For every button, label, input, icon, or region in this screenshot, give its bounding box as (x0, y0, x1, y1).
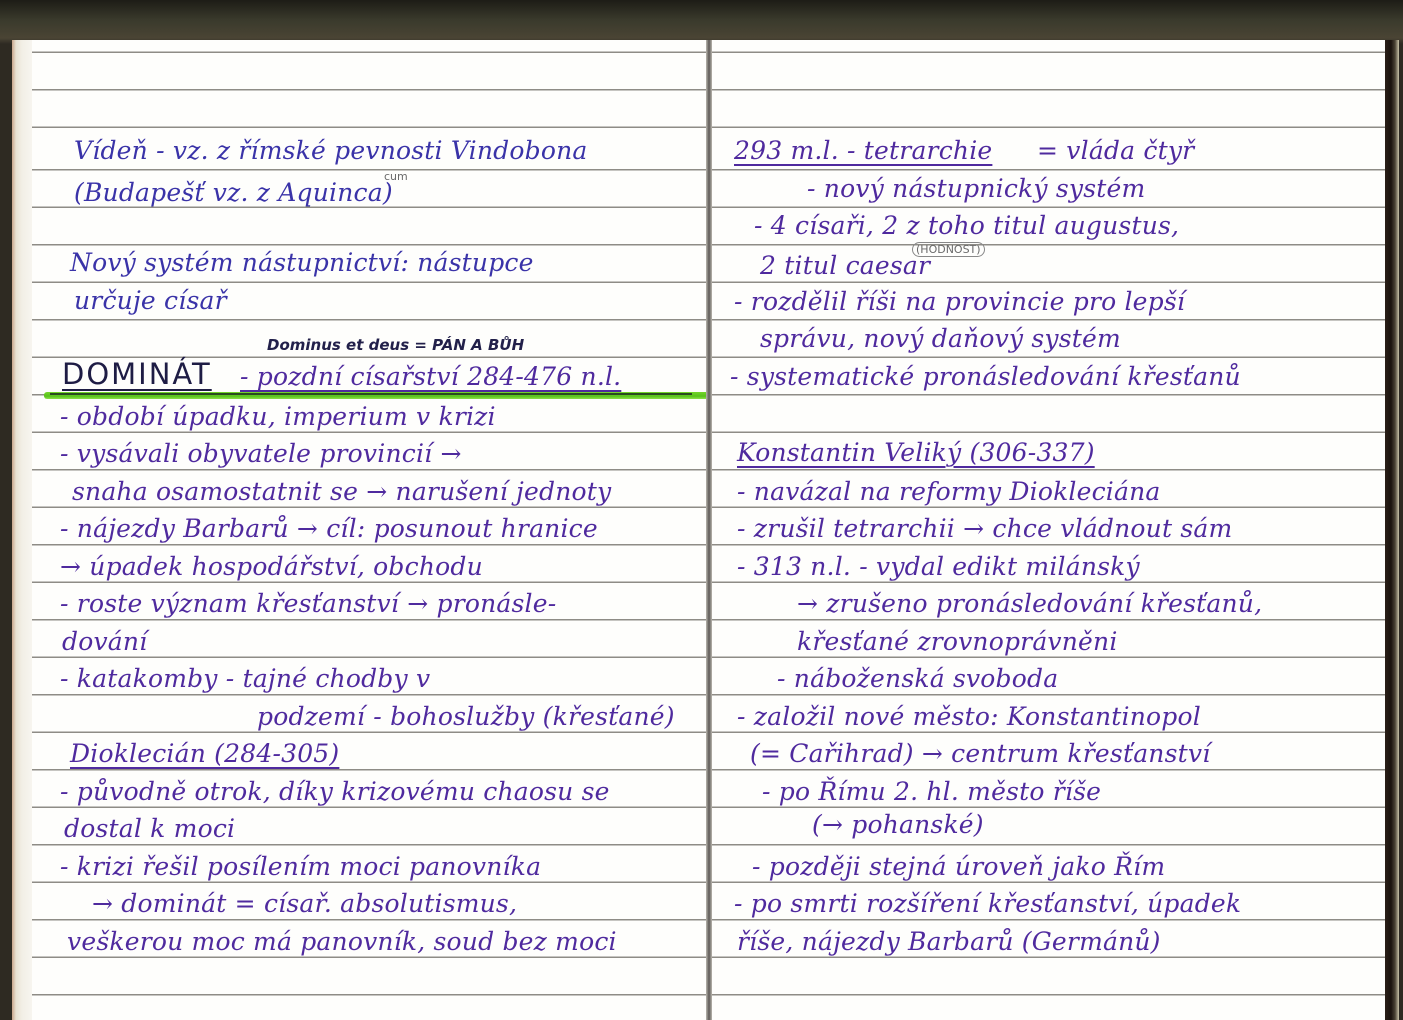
note-line: - 4 císaři, 2 z toho titul augustus, (754, 213, 1179, 238)
note-line: - po Římu 2. hl. město říše (762, 779, 1101, 804)
note-line: říše, nájezdy Barbarů (Germánů) (737, 929, 1161, 954)
note-line: - po smrti rozšíření křesťanství, úpadek (734, 891, 1241, 916)
note-line: - později stejná úroveň jako Řím (752, 854, 1165, 879)
note-line: - nájezdy Barbarů → cíl: posunout hranic… (60, 516, 598, 541)
annotation-dominus-et-deus: Dominus et deus = PÁN A BŮH (267, 336, 524, 354)
note-line: křesťané zrovnoprávněni (797, 629, 1118, 654)
note-line: - nový nástupnický systém (807, 176, 1145, 201)
note-line: - vysávali obyvatele provincií → (60, 441, 462, 466)
note-line: Nový systém nástupnictví: nástupce (70, 250, 534, 275)
page-stack-edge (12, 40, 32, 1020)
note-line: - rozdělil říši na provincie pro lepší (734, 289, 1185, 314)
note-line: → zrušeno pronásledování křesťanů, (797, 591, 1262, 616)
note-line: - navázal na reformy Diokleciána (737, 479, 1161, 504)
note-line: dování (62, 629, 147, 654)
note-line: veškerou moc má panovník, soud bez moci (67, 929, 617, 954)
note-line: → úpadek hospodářství, obchodu (60, 554, 483, 579)
note-line: - náboženská svoboda (777, 666, 1058, 691)
note-line: (→ pohanské) (812, 812, 984, 837)
note-line: - zrušil tetrarchii → chce vládnout sám (737, 516, 1232, 541)
left-page: Vídeň - vz. z římské pevnosti Vindobona … (12, 40, 708, 1020)
green-highlighter-stroke (44, 392, 712, 399)
note-line: - roste význam křesťanství → pronásle- (60, 591, 556, 616)
cover-edge (1385, 40, 1399, 1020)
heading-dioklecian: Dioklecián (284-305) (70, 741, 339, 766)
note-line: - založil nové město: Konstantinopol (737, 704, 1201, 729)
note-line: (Budapešť vz. z Aquinca) (74, 180, 393, 205)
note-line: dostal k moci (64, 816, 235, 841)
note-line: podzemí - bohoslužby (křesťané) (257, 704, 675, 729)
note-line: (= Cařihrad) → centrum křesťanství (750, 741, 1210, 766)
note-line: snaha osamostatnit se → narušení jednoty (72, 479, 611, 504)
note-line: určuje císař (74, 288, 227, 313)
heading-dominat: DOMINÁT (62, 360, 212, 389)
note-line: - krizi řešil posílením moci panovníka (60, 854, 541, 879)
notebook-spread: Vídeň - vz. z římské pevnosti Vindobona … (12, 40, 1387, 1020)
right-page: 293 m.l. - tetrarchie = vláda čtyř - nov… (712, 40, 1387, 1020)
note-line: - období úpadku, imperium v krizi (60, 404, 496, 429)
note-line: → dominát = císař. absolutismus, (92, 891, 517, 916)
note-line: Vídeň - vz. z římské pevnosti Vindobona (74, 138, 588, 163)
note-line: správu, nový daňový systém (760, 326, 1121, 351)
note-line: - katakomby - tajné chodby v (60, 666, 430, 691)
heading-konstantin: Konstantin Veliký (306-337) (737, 440, 1095, 465)
note-line: - pozdní císařství 284-476 n.l. (240, 364, 621, 389)
note-line: = vláda čtyř (1037, 138, 1194, 163)
heading-tetrarchie: 293 m.l. - tetrarchie (734, 138, 992, 163)
note-line: 2 titul caesar (760, 253, 930, 278)
note-line: - 313 n.l. - vydal edikt milánský (737, 554, 1140, 579)
note-line: - původně otrok, díky krizovému chaosu s… (60, 779, 610, 804)
note-line: - systematické pronásledování křesťanů (730, 364, 1241, 389)
